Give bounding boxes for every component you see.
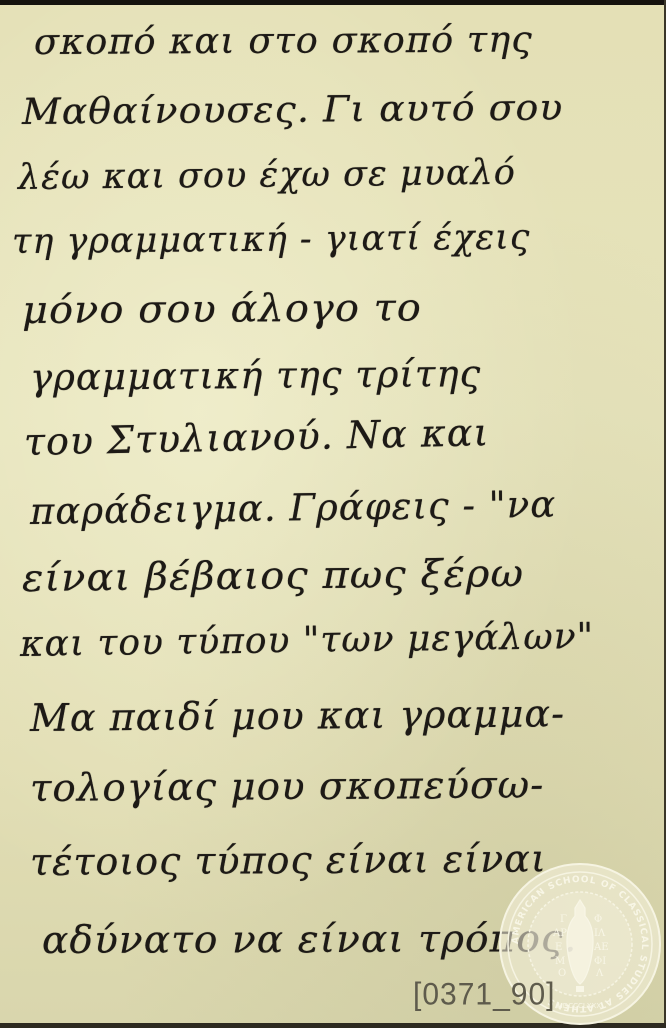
svg-text:Λ: Λ: [595, 968, 604, 979]
handwritten-line-6: γραμματική της τρίτης: [30, 352, 482, 399]
handwritten-line-13: τέτοιος τύπος είναι είναι: [30, 836, 547, 884]
document-page: σκοπό και στο σκοπό της Μαθαίνουσες. Γι …: [0, 0, 666, 1028]
catalog-number: [0371_90]: [413, 977, 555, 1013]
handwritten-line-2: Μαθαίνουσες. Γι αυτό σου: [22, 88, 564, 133]
svg-text:ΦΙ: ΦΙ: [594, 956, 606, 967]
handwritten-line-12: τολογίας μου σκοπεύσω-: [30, 762, 545, 810]
svg-text:Ε: Ε: [555, 942, 562, 953]
svg-text:Φ: Φ: [594, 914, 602, 925]
svg-text:MDCCCLXXXI: MDCCCLXXXI: [557, 1002, 603, 1010]
handwritten-line-3: λέω και σου έχω σε μυαλό: [18, 153, 516, 198]
svg-text:ΑΕ: ΑΕ: [593, 942, 609, 953]
handwritten-line-5: μόνο σου άλογο το: [22, 285, 422, 332]
handwritten-line-8: παράδειγμα. Γράφεις - "να: [30, 483, 557, 533]
handwritten-line-10: και του τύπου "των μεγάλων": [20, 616, 595, 665]
handwritten-line-11: Μα παιδί μου και γραμμα-: [30, 691, 565, 740]
handwritten-line-4: τη γραμματική - γιατί έχεις: [12, 217, 531, 262]
svg-text:Γ: Γ: [560, 914, 567, 925]
svg-text:Ο: Ο: [558, 968, 566, 979]
svg-text:ΑΡ: ΑΡ: [552, 928, 567, 939]
handwritten-line-1: σκοπό και στο σκοπό της: [34, 19, 533, 63]
svg-text:ΙΛ: ΙΛ: [594, 928, 606, 939]
svg-text:Μ: Μ: [555, 956, 565, 967]
handwritten-line-9: είναι βέβαιος πως ξέρω: [22, 551, 525, 600]
